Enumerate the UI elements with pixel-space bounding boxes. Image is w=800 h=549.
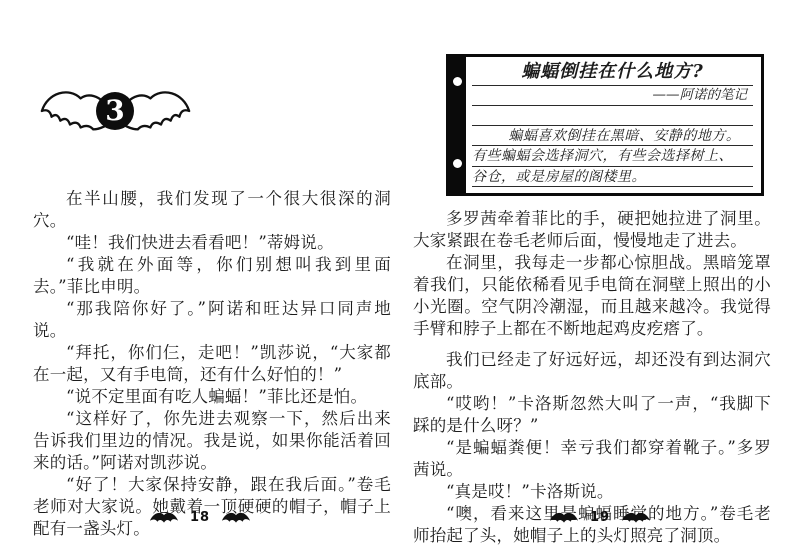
page-footer-right: 19 <box>400 510 800 525</box>
paragraph: “哎哟！”卡洛斯忽然大叫了一声，“我脚下踩的是什么呀？” <box>413 393 771 437</box>
paragraph: “这样好了，你先进去观察一下，然后出来告诉我们里边的情况。我是说，如果你能活着回… <box>33 408 391 474</box>
page-number: 18 <box>190 510 210 525</box>
paragraph: “说不定里面有吃人蝙蝠！”菲比还是怕。 <box>33 386 391 408</box>
chapter-marker: 3 <box>38 84 193 136</box>
left-text-block: 在半山腰，我们发现了一个很大很深的洞穴。 “哇！我们快进去看看吧！”蒂姆说。 “… <box>33 188 391 540</box>
page-right: 蝙蝠倒挂在什么地方? ——阿诺的笔记 蝙蝠喜欢倒挂在黑暗、安静的地方。 有些蝙蝠… <box>400 0 800 549</box>
paragraph: 我们已经走了好远好远，却还没有到达洞穴底部。 <box>413 349 771 393</box>
page-footer-left: 18 <box>0 510 400 525</box>
paragraph: 多罗茜牵着菲比的手，硬把她拉进了洞里。大家紧跟在卷毛老师后面，慢慢地走了进去。 <box>413 208 771 252</box>
note-card-body: 蝙蝠倒挂在什么地方? ——阿诺的笔记 蝙蝠喜欢倒挂在黑暗、安静的地方。 有些蝙蝠… <box>466 57 761 193</box>
paragraph: “好了！大家保持安静，跟在我后面。”卷毛老师对大家说。她戴着一顶硬硬的帽子，帽子… <box>33 474 391 540</box>
right-text-block: 多罗茜牵着菲比的手，硬把她拉进了洞里。大家紧跟在卷毛老师后面，慢慢地走了进去。 … <box>413 208 771 547</box>
bat-icon <box>149 511 179 524</box>
note-byline: ——阿诺的笔记 <box>472 86 753 106</box>
note-card: 蝙蝠倒挂在什么地方? ——阿诺的笔记 蝙蝠喜欢倒挂在黑暗、安静的地方。 有些蝙蝠… <box>446 54 764 196</box>
note-line: 蝙蝠喜欢倒挂在黑暗、安静的地方。 <box>472 126 753 147</box>
bat-icon <box>221 511 251 524</box>
paragraph: “哇！我们快进去看看吧！”蒂姆说。 <box>33 232 391 254</box>
paragraph: “拜托，你们仨，走吧！”凯莎说，“大家都在一起，又有手电筒，还有什么好怕的！” <box>33 342 391 386</box>
bat-icon <box>549 511 579 524</box>
card-binding <box>449 57 466 193</box>
paragraph: 在洞里，我每走一步都心惊胆战。黑暗笼罩着我们，只能依稀看见手电筒在洞壁上照出的小… <box>413 252 771 340</box>
note-ruled-line <box>472 106 753 126</box>
chapter-number-badge: 3 <box>96 92 134 130</box>
page-left: 3 在半山腰，我们发现了一个很大很深的洞穴。 “哇！我们快进去看看吧！”蒂姆说。… <box>0 0 400 549</box>
paragraph: “真是哎！”卡洛斯说。 <box>413 481 771 503</box>
paragraph: 在半山腰，我们发现了一个很大很深的洞穴。 <box>33 188 391 232</box>
note-line: 谷仓，或是房屋的阁楼里。 <box>472 167 753 188</box>
note-line: 有些蝙蝠会选择洞穴，有些会选择树上、 <box>472 146 753 167</box>
note-title: 蝙蝠倒挂在什么地方? <box>472 57 753 86</box>
binder-hole <box>453 159 462 168</box>
binder-hole <box>453 77 462 86</box>
paragraph: “那我陪你好了。”阿诺和旺达异口同声地说。 <box>33 298 391 342</box>
paragraph: “是蝙蝠粪便！幸亏我们都穿着靴子。”多罗茜说。 <box>413 437 771 481</box>
paragraph: “我就在外面等，你们别想叫我到里面去。”菲比申明。 <box>33 254 391 298</box>
page-number: 19 <box>590 510 610 525</box>
bat-icon <box>621 511 651 524</box>
